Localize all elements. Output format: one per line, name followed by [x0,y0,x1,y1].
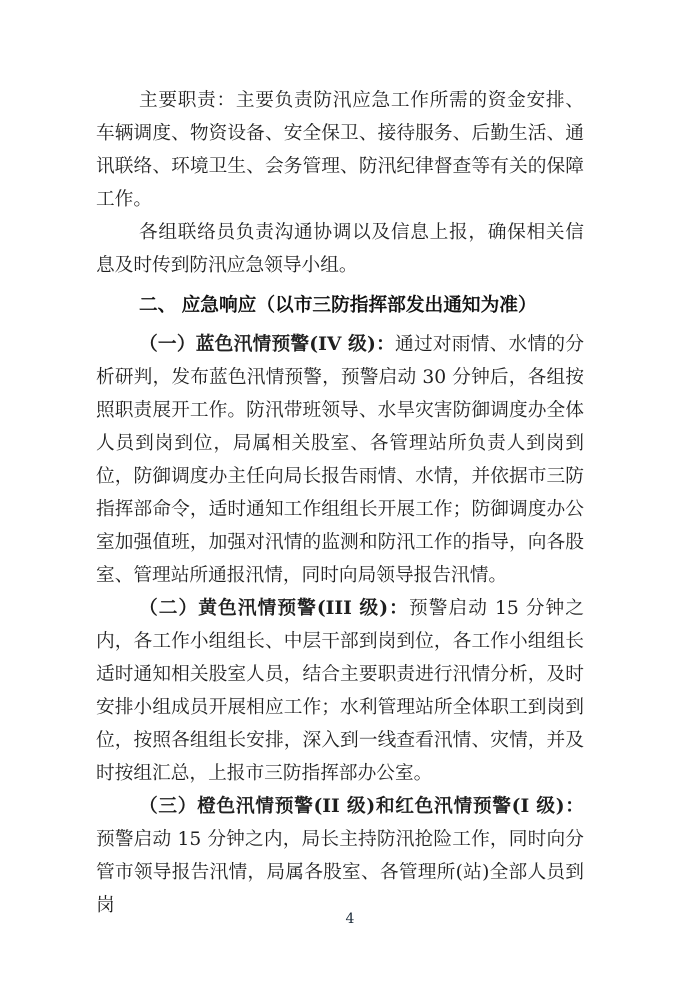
blue-warning-lead: （一）蓝色汛情预警(IV 级)： [139,333,395,355]
orange-red-warning-text: 预警启动 15 分钟之内，局长主持防汛抢险工作，同时向分管市领导报告汛情，局属各… [96,829,584,916]
paragraph-orange-red-warning: （三）橙色汛情预警(II 级)和红色汛情预警(I 级)：预警启动 15 分钟之内… [96,790,584,922]
yellow-warning-text: 预警启动 15 分钟之内，各工作小组组长、中层干部到岗到位，各工作小组组长适时通… [96,598,584,784]
paragraph-liaison-note: 各组联络员负责沟通协调以及信息上报，确保相关信息及时传到防汛应急领导小组。 [96,216,584,282]
section-heading-emergency-response: 二、 应急响应（以市三防指挥部发出通知为准） [96,288,584,321]
document-body: 主要职责：主要负责防汛应急工作所需的资金安排、车辆调度、物资设备、安全保卫、接待… [96,84,584,922]
page-number: 4 [0,910,700,928]
blue-warning-text: 通过对雨情、水情的分析研判，发布蓝色汛情预警，预警启动 30 分钟后，各组按照职… [96,334,584,586]
paragraph-blue-warning: （一）蓝色汛情预警(IV 级)：通过对雨情、水情的分析研判，发布蓝色汛情预警，预… [96,328,584,592]
document-page: 主要职责：主要负责防汛应急工作所需的资金安排、车辆调度、物资设备、安全保卫、接待… [0,0,700,990]
paragraph-main-duties: 主要职责：主要负责防汛应急工作所需的资金安排、车辆调度、物资设备、安全保卫、接待… [96,84,584,216]
yellow-warning-lead: （二）黄色汛情预警(III 级)： [139,597,409,619]
orange-red-warning-lead: （三）橙色汛情预警(II 级)和红色汛情预警(I 级)： [139,795,584,817]
paragraph-yellow-warning: （二）黄色汛情预警(III 级)：预警启动 15 分钟之内，各工作小组组长、中层… [96,592,584,790]
